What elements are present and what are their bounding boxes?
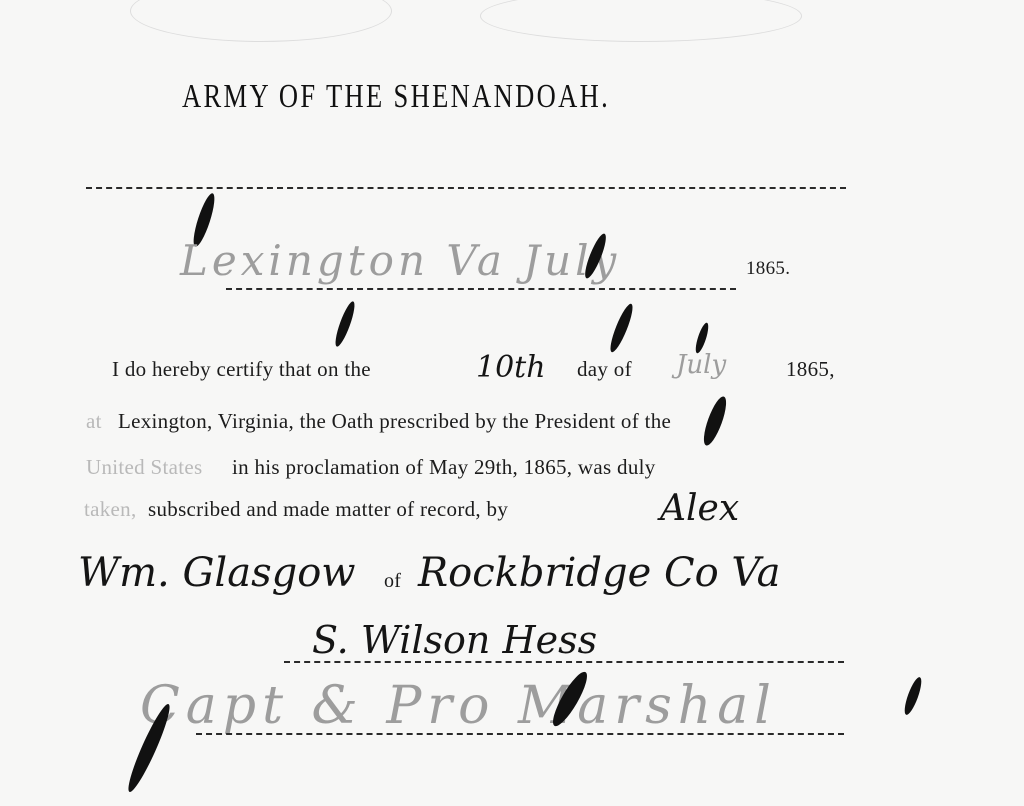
- document-heading: ARMY OF THE SHENANDOAH.: [182, 78, 610, 116]
- handwritten-day: 10th: [476, 350, 546, 385]
- place-underline: [226, 288, 736, 290]
- bleed-through-mark: [130, 0, 392, 42]
- body-line-2-faded: at: [86, 409, 102, 434]
- body-line-1-year: 1865,: [786, 357, 835, 382]
- handwritten-full-name: Wm. Glasgow: [78, 550, 356, 596]
- handwritten-residence: Rockbridge Co Va: [418, 550, 780, 596]
- signature-name: S. Wilson Hess: [312, 618, 597, 662]
- handwritten-month: July: [676, 350, 726, 380]
- body-line-4-faded: taken,: [84, 497, 137, 522]
- year-text: 1865.: [746, 258, 790, 280]
- body-line-2: Lexington, Virginia, the Oath prescribed…: [118, 409, 671, 434]
- body-line-3: in his proclamation of May 29th, 1865, w…: [232, 455, 656, 480]
- signature-title: Capt & Pro Marshal: [140, 676, 777, 736]
- handwritten-first-name: Alex: [660, 488, 739, 529]
- pen-flourish: [901, 675, 924, 716]
- top-divider: [86, 187, 846, 189]
- body-line-4: subscribed and made matter of record, by: [148, 497, 508, 522]
- bleed-through-mark: [480, 0, 802, 42]
- handwritten-place: Lexington Va July: [180, 236, 620, 285]
- body-line-3-faded: United States: [86, 455, 202, 480]
- pen-flourish: [607, 302, 637, 354]
- title-underline: [196, 733, 844, 735]
- pen-flourish: [332, 300, 358, 349]
- pen-flourish: [700, 394, 731, 448]
- oath-certificate-document: ARMY OF THE SHENANDOAH. Lexington Va Jul…: [0, 0, 1024, 806]
- body-line-1a: I do hereby certify that on the: [112, 357, 371, 382]
- body-line-5-of: of: [384, 570, 401, 593]
- body-line-1b: day of: [577, 357, 632, 382]
- signature-underline: [284, 661, 844, 663]
